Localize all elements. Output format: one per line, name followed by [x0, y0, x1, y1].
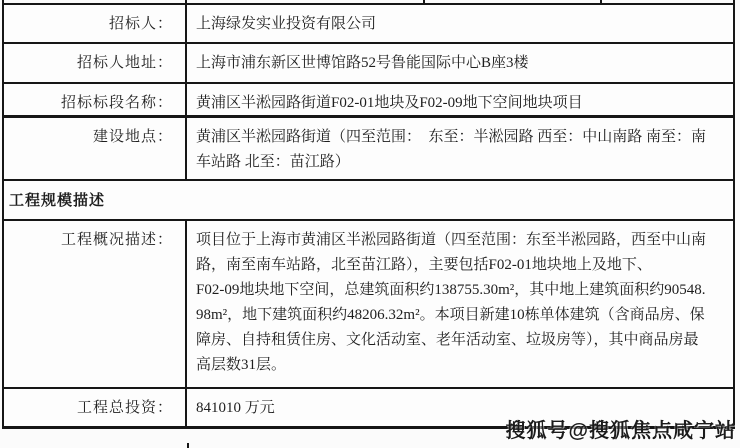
bid-section-name-label: 招标标段名称：	[4, 84, 187, 115]
bid-section-name-value: 黄浦区半淞园路街道F02-01地块及F02-09地下空间地块项目	[187, 84, 733, 115]
construction-site-label: 建设地点：	[4, 118, 187, 179]
project-overview-label: 工程概况描述：	[4, 221, 187, 387]
project-overview-value: 项目位于上海市黄浦区半淞园路街道（四至范围：东至半淞园路，西至中山南 路，南至南…	[187, 221, 733, 387]
row-construction-site: 建设地点： 黄浦区半淞园路街道（四至范围： 东至：半淞园路 西至：中山南路 南至…	[4, 118, 733, 181]
row-tenderer-address: 招标人地址： 上海市浦东新区世博馆路52号鲁能国际中心B座3楼	[4, 44, 733, 84]
sohu-watermark: 搜狐号@搜狐焦点咸宁站	[505, 414, 736, 443]
row-project-overview: 工程概况描述： 项目位于上海市黄浦区半淞园路街道（四至范围：东至半淞园路，西至中…	[4, 221, 733, 389]
tenderer-address-value: 上海市浦东新区世博馆路52号鲁能国际中心B座3楼	[187, 44, 733, 82]
tenderer-label: 招标人：	[4, 5, 187, 42]
row-bid-section-name: 招标标段名称： 黄浦区半淞园路街道F02-01地块及F02-09地下空间地块项目	[4, 84, 733, 118]
tenderer-address-label: 招标人地址：	[4, 44, 187, 82]
tenderer-value: 上海绿发实业投资有限公司	[187, 5, 733, 42]
section-header-project-scale: 工程规模描述	[4, 181, 733, 221]
total-investment-label: 工程总投资：	[4, 389, 187, 426]
project-scale-title: 工程规模描述	[4, 181, 733, 219]
table-bottom-cut-divider	[187, 443, 189, 448]
row-tenderer: 招标人： 上海绿发实业投资有限公司	[4, 5, 733, 44]
bid-info-table: 招标人： 上海绿发实业投资有限公司 招标人地址： 上海市浦东新区世博馆路52号鲁…	[2, 3, 735, 429]
tender-document-page: 招标人： 上海绿发实业投资有限公司 招标人地址： 上海市浦东新区世博馆路52号鲁…	[0, 0, 740, 448]
construction-site-value: 黄浦区半淞园路街道（四至范围： 东至：半淞园路 西至：中山南路 南至：南 车站路…	[187, 118, 733, 179]
